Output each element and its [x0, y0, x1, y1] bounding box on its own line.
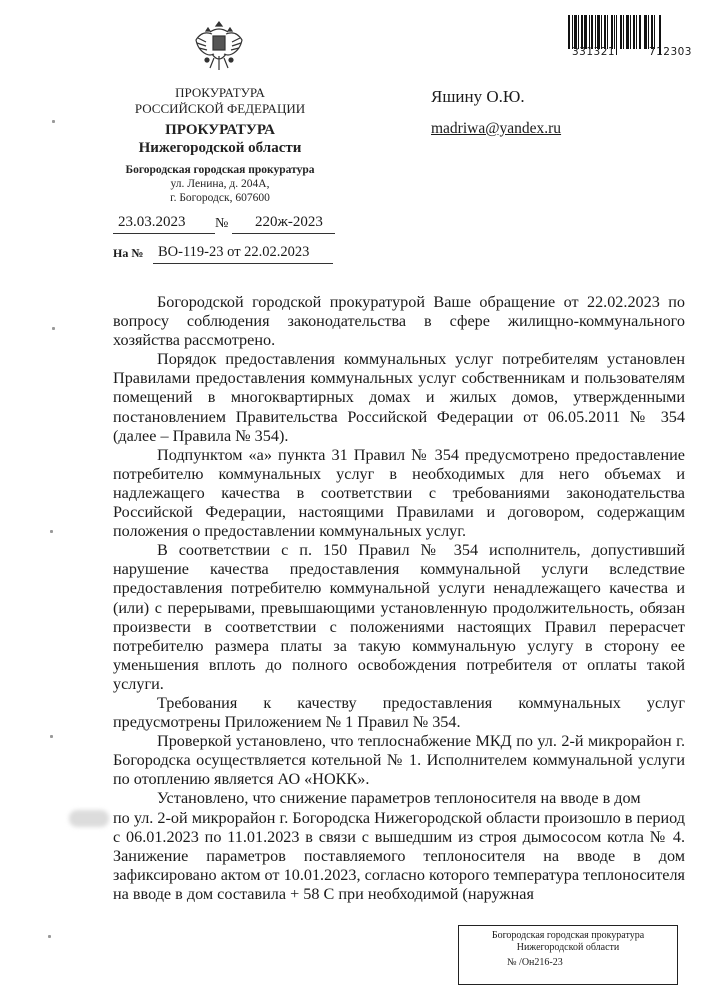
paragraph: Требования к качеству предоставления ком… — [113, 694, 685, 732]
scan-speck — [52, 120, 55, 123]
registration-stamp: Богородская городская прокуратура Нижего… — [458, 925, 678, 985]
paragraph-continuation: по ул. 2-ой микрорайон г. Богородска Ниж… — [113, 809, 685, 903]
paragraph: Подпунктом «а» пункта 31 Правил № 354 пр… — [113, 446, 685, 541]
redacted-house-number — [69, 810, 109, 827]
office-name: Богородская городская прокуратура — [100, 163, 340, 177]
address-line-2: г. Богородск, 607600 — [100, 191, 340, 205]
paragraph: Проверкой установлено, что теплоснабжени… — [113, 732, 685, 789]
reply-underline — [153, 263, 333, 264]
scan-speck — [48, 935, 51, 938]
header-line-1: ПРОКУРАТУРА — [100, 85, 340, 101]
paragraph: Порядок предоставления коммунальных услу… — [113, 350, 685, 445]
scan-speck — [50, 735, 53, 738]
barcode-digits-right: 712303 — [649, 46, 692, 58]
header-line-2: РОССИЙСКОЙ ФЕДЕРАЦИИ — [100, 101, 340, 117]
number-underline — [232, 233, 335, 234]
reply-reference-label: На № — [113, 246, 143, 261]
document-date: 23.03.2023 — [118, 214, 186, 231]
barcode — [568, 15, 690, 49]
scan-speck — [50, 530, 53, 533]
title-line-1: ПРОКУРАТУРА — [100, 121, 340, 139]
recipient-name: Яшину О.Ю. — [431, 87, 525, 107]
stamp-line-2: Нижегородской области — [459, 942, 677, 954]
barcode-digits-left: 331321 — [572, 46, 615, 58]
agency-title: ПРОКУРАТУРА Нижегородской области — [100, 121, 340, 157]
paragraph: В соответствии с п. 150 Правил № 354 исп… — [113, 541, 685, 694]
coat-of-arms-icon — [190, 16, 248, 74]
scan-speck — [52, 327, 55, 330]
letter-body: Богородской городской прокуратурой Ваше … — [113, 293, 685, 904]
agency-header: ПРОКУРАТУРА РОССИЙСКОЙ ФЕДЕРАЦИИ — [100, 85, 340, 117]
paragraph: Установлено, что снижение параметров теп… — [113, 789, 685, 904]
office-address: Богородская городская прокуратура ул. Ле… — [100, 163, 340, 205]
date-underline — [113, 233, 215, 234]
paragraph-start: Установлено, что снижение параметров теп… — [157, 789, 641, 807]
number-sign: № — [215, 216, 228, 232]
stamp-line-1: Богородская городская прокуратура — [459, 930, 677, 942]
stamp-line-3: № /Он216-23 — [459, 957, 677, 969]
document-number: 220ж-2023 — [255, 214, 323, 231]
title-line-2: Нижегородской области — [100, 139, 340, 157]
paragraph: Богородской городской прокуратурой Ваше … — [113, 293, 685, 350]
barcode-digits: 331321 712303 — [572, 46, 692, 58]
reply-reference-value: ВО-119-23 от 22.02.2023 — [158, 244, 309, 261]
address-line-1: ул. Ленина, д. 204А, — [100, 177, 340, 191]
recipient-email-link[interactable]: madriwa@yandex.ru — [431, 120, 561, 138]
